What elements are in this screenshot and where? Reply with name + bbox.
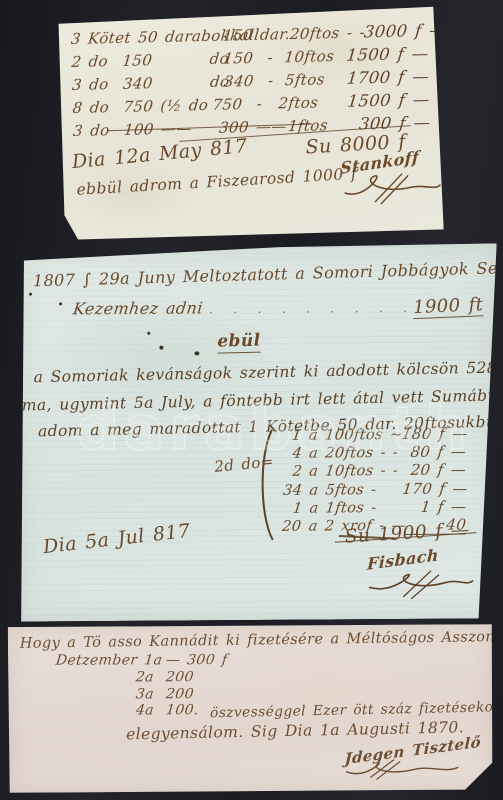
amount: 20 f —: [401, 461, 467, 479]
denomination-row: 4 a 20ftos - - 80 f —: [278, 443, 466, 462]
denomination-row: 2 a 10ftos - - 20 f —: [278, 461, 466, 480]
denomination: a 20ftos - -: [308, 445, 403, 462]
photo-backdrop: 3 Kötet 50 darabokkall 150 dar. 20ftos -…: [0, 0, 503, 800]
signature: Fisbach: [367, 549, 477, 603]
payment-value: 100.: [165, 703, 200, 719]
payment-row: 3a 200: [56, 686, 228, 703]
count: 4: [277, 446, 303, 462]
amount: 180 f —: [401, 425, 467, 443]
ink-speck: [147, 332, 150, 335]
dot-leader: . . . . . . . . . . . . . . . . . . . .: [209, 301, 407, 317]
denomination-row: 1 a 100ftos ~ 180 f —: [278, 425, 466, 444]
amount: 1500 f —: [345, 44, 429, 65]
bracket: [256, 428, 275, 542]
denomination-list: 1 a 100ftos ~ 180 f — 4 a 20ftos - - 80 …: [278, 425, 467, 535]
count: 1: [278, 500, 304, 516]
signature: Stankoff: [340, 152, 445, 209]
note-line: ebbül adrom a Fiszearosd 1000 f: [76, 165, 357, 199]
count: 2: [277, 464, 303, 480]
amount: 80 f —: [401, 443, 467, 461]
amount: 170 f —: [401, 479, 467, 497]
ink-speck: [159, 346, 163, 350]
header-amount-row: Kezemhez adni . . . . . . . . . . . . . …: [73, 295, 483, 320]
denomination-row: 1 a 1ftos - 1 f —: [278, 497, 466, 516]
amount: 1 f —: [401, 497, 467, 515]
header-amount: 1900 ft: [412, 294, 483, 319]
denomination: a 100ftos ~: [308, 427, 403, 444]
amount: 1700 f —: [346, 67, 430, 88]
count: 20: [278, 519, 303, 535]
payment-row: 4a 100.: [56, 702, 228, 719]
payment-value: — 300 f: [165, 652, 229, 668]
denomination: a 10ftos - -: [308, 463, 403, 480]
document-1807-account: 1807 ∫ 29a Juny Meltoztatott a Somori Jo…: [15, 243, 500, 621]
date-label: 4a: [55, 703, 167, 719]
note-line: Hogy a Tö asso Kannádit ki fizetésére a …: [20, 628, 503, 652]
denomination: a 5ftos -: [308, 482, 403, 499]
document-1870-note: Hogy a Tö asso Kannádit ki fizetésére a …: [8, 624, 495, 793]
payment-list: Detzember 1a — 300 f 2a 200 3a 200 4a 10…: [56, 652, 228, 720]
item-description: 8 do 750 (½ do: [72, 96, 214, 117]
ink-speck: [29, 293, 32, 296]
quantity: 150 -: [223, 48, 285, 67]
item-description: 3 Kötet 50 darabokkall: [70, 27, 224, 48]
unit-price: 20ftos - -: [290, 23, 366, 43]
paragraph-line: ma, ugymint 5a July, a föntebb irt lett …: [22, 385, 503, 414]
payment-value: 200: [165, 686, 195, 702]
unit-price: 5ftos: [284, 70, 348, 89]
amount: 1500 f —: [346, 90, 430, 111]
quantity: 340 -: [223, 71, 285, 90]
quantity: 750 -: [212, 94, 280, 114]
header-line-2: Kezemhez adni: [72, 298, 204, 318]
unit-price: 10ftos: [283, 47, 347, 66]
paragraph-line: a Somoriak kevánságok szerint ki adodott…: [33, 357, 503, 386]
payment-row: 2a 200: [56, 669, 228, 686]
count: 1: [277, 428, 302, 444]
date-label: 2a: [55, 669, 167, 685]
amount: 3000 f —: [363, 20, 447, 41]
denomination: a 1ftos -: [309, 500, 404, 517]
ink-speck: [59, 302, 62, 305]
ink-speck: [194, 351, 199, 355]
document-1817-receipt: 3 Kötet 50 darabokkall 150 dar. 20ftos -…: [54, 6, 444, 241]
date-label: 3a: [55, 686, 167, 702]
payment-row: Detzember 1a — 300 f: [56, 652, 228, 669]
quantity: 150 dar.: [222, 25, 291, 45]
subheading: ebül: [217, 331, 261, 354]
denomination-row: 34 a 5ftos - 170 f —: [278, 479, 466, 498]
date-label: Detzember 1a: [55, 652, 167, 668]
item-description: 3 do 340 do: [71, 73, 225, 94]
payment-value: 200: [165, 669, 195, 685]
header-line: 1807 ∫ 29a Juny Meltoztatott a Somori Jo…: [33, 259, 489, 291]
unit-price: 2ftos: [278, 93, 348, 113]
item-description: 2 do 150 do: [71, 50, 225, 71]
ledger: 3 Kötet 50 darabokkall 150 dar. 20ftos -…: [71, 21, 431, 144]
date-line: Dia 5a Jul 817: [42, 520, 191, 558]
signature: Jdegen Tisztelő: [344, 740, 481, 783]
count: 34: [277, 482, 303, 498]
